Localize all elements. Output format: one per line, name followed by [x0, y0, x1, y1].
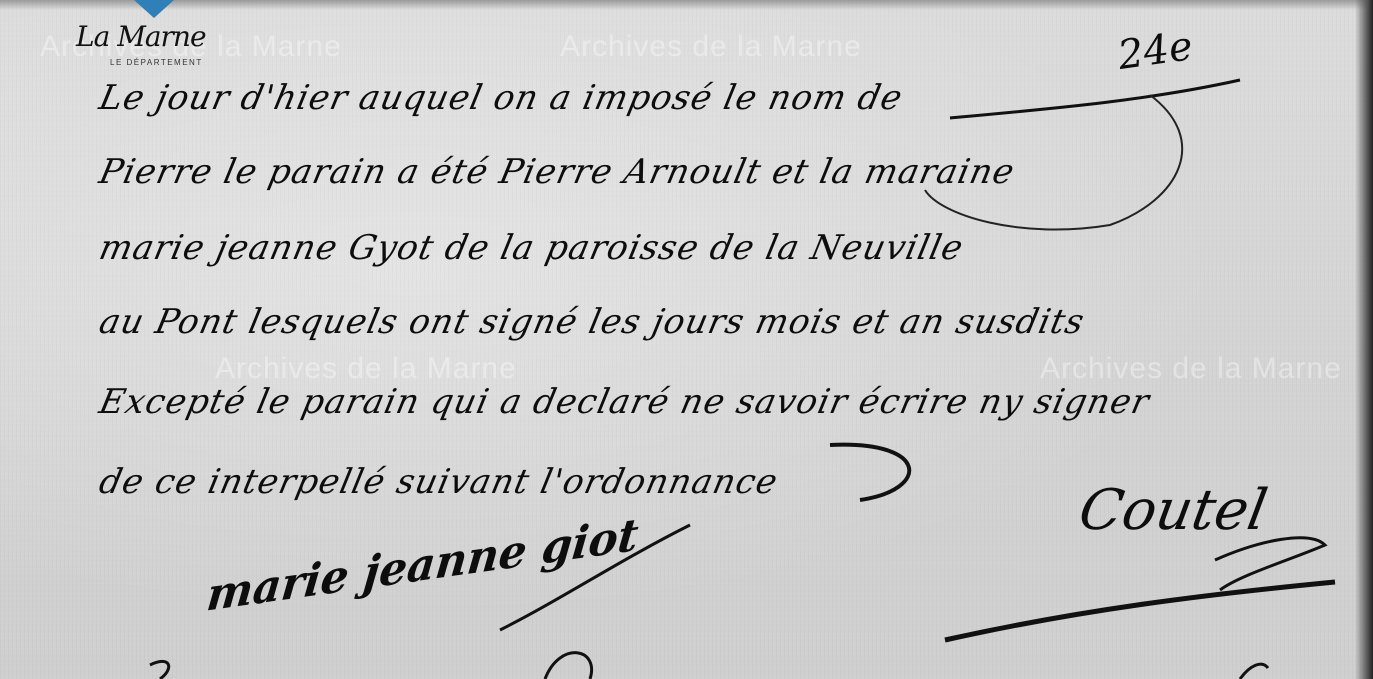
scanned-register-page: Archives de la Marne Archives de la Marn… — [0, 0, 1373, 679]
pen-flourishes — [0, 0, 1373, 679]
